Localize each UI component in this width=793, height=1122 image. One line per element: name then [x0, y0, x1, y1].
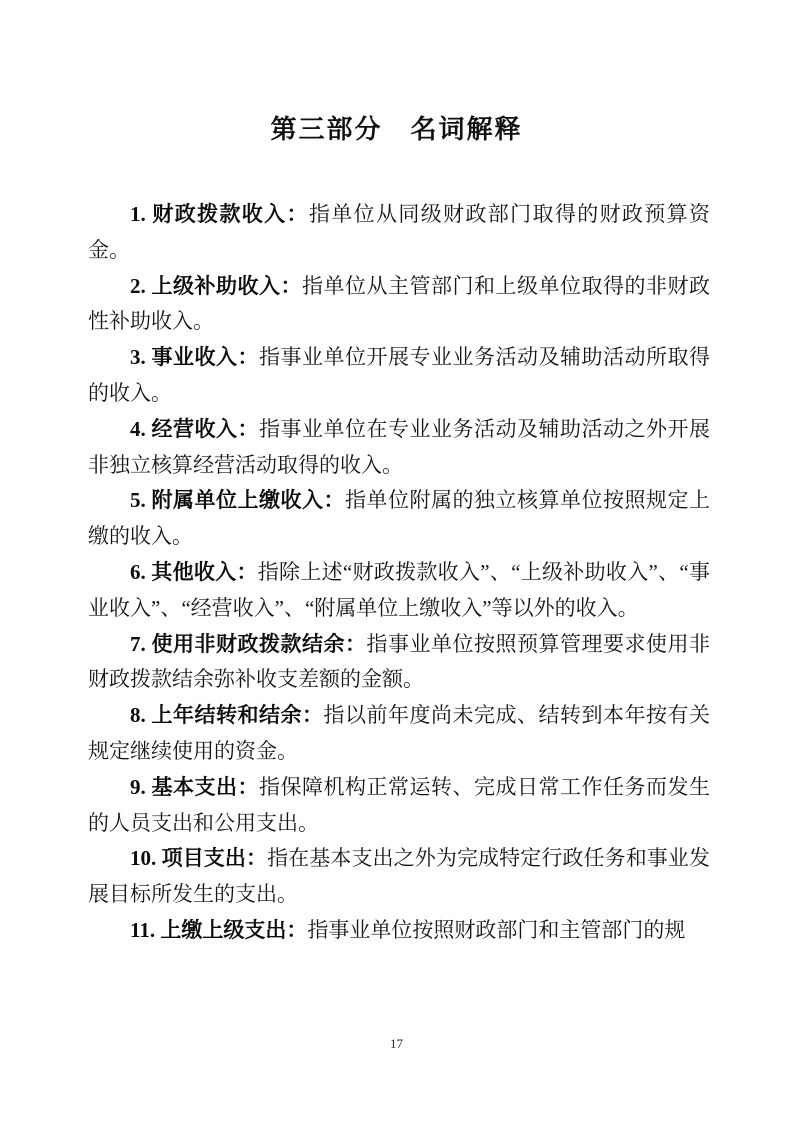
definition-item-9: 9. 基本支出：指保障机构正常运转、完成日常工作任务而发生的人员支出和公用支出。: [88, 770, 710, 842]
definition-item-1: 1. 财政拨款收入：指单位从同级财政部门取得的财政预算资金。: [88, 197, 710, 269]
term-label: 6. 其他收入：: [130, 560, 258, 584]
term-label: 2. 上级补助收入：: [130, 274, 302, 298]
term-label: 4. 经营收入：: [130, 417, 259, 441]
definition-item-4: 4. 经营收入：指事业单位在专业业务活动及辅助活动之外开展非独立核算经营活动取得…: [88, 412, 710, 484]
term-label: 10. 项目支出：: [130, 846, 267, 870]
term-label: 3. 事业收入：: [130, 345, 259, 369]
definition-item-7: 7. 使用非财政拨款结余：指事业单位按照预算管理要求使用非财政拨款结余弥补收支差…: [88, 627, 710, 699]
definition-item-10: 10. 项目支出：指在基本支出之外为完成特定行政任务和事业发展目标所发生的支出。: [88, 841, 710, 913]
term-label: 9. 基本支出：: [130, 775, 259, 799]
definition-item-3: 3. 事业收入：指事业单位开展专业业务活动及辅助活动所取得的收入。: [88, 340, 710, 412]
term-label: 7. 使用非财政拨款结余：: [130, 632, 367, 656]
definition-item-11: 11. 上缴上级支出：指事业单位按照财政部门和主管部门的规: [88, 913, 710, 949]
definition-item-2: 2. 上级补助收入：指单位从主管部门和上级单位取得的非财政性补助收入。: [88, 269, 710, 341]
document-page: 第三部分 名词解释 1. 财政拨款收入：指单位从同级财政部门取得的财政预算资金。…: [0, 0, 793, 1122]
term-definition: 指事业单位按照财政部门和主管部门的规: [307, 918, 685, 942]
definition-item-8: 8. 上年结转和结余：指以前年度尚未完成、结转到本年按有关规定继续使用的资金。: [88, 698, 710, 770]
definition-item-5: 5. 附属单位上缴收入：指单位附属的独立核算单位按照规定上缴的收入。: [88, 483, 710, 555]
term-label: 1. 财政拨款收入：: [130, 202, 309, 226]
definitions-list: 1. 财政拨款收入：指单位从同级财政部门取得的财政预算资金。 2. 上级补助收入…: [88, 197, 710, 949]
page-number: 17: [0, 1036, 793, 1052]
term-label: 5. 附属单位上缴收入：: [130, 488, 345, 512]
term-label: 8. 上年结转和结余：: [130, 703, 324, 727]
term-label: 11. 上缴上级支出：: [130, 918, 307, 942]
definition-item-6: 6. 其他收入：指除上述“财政拨款收入”、“上级补助收入”、“事业收入”、“经营…: [88, 555, 710, 627]
section-title: 第三部分 名词解释: [0, 0, 793, 148]
